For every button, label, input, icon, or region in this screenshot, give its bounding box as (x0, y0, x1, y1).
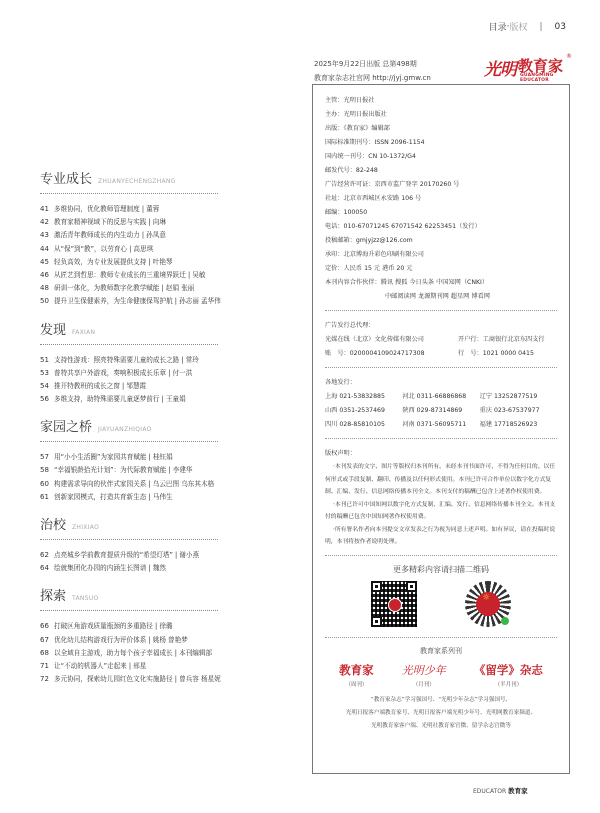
toc-page-number: 60 (40, 478, 54, 491)
registered-icon: ® (566, 53, 572, 60)
toc-title: 提升卫生保健素养，为生命健康保驾护航 | 孙志丽 孟华伟 (54, 297, 221, 305)
section-rule (40, 610, 218, 611)
table-of-contents: 专业成长ZHUANYECHENGZHANG41多维协同，优化教师管理制度 | 董… (40, 168, 280, 686)
toc-page-number: 41 (40, 203, 54, 216)
price: 定价：人民币 15 元 港币 20 元 (325, 262, 557, 276)
masthead-line: 邮编：100050 (325, 206, 557, 220)
wechat-qr-code-icon[interactable] (371, 581, 417, 627)
masthead-line: 电话：010-67071245 67071542 62253451（发行） (325, 220, 557, 234)
toc-entry[interactable]: 46从匠艺到哲思：教师专业成长的三重境界跃迁 | 吴敏 (40, 269, 280, 282)
toc-title: 构建需求导向的伙伴式家园关系 | 乌云巴图 乌东其木格 (54, 480, 214, 488)
toc-page-number: 68 (40, 647, 54, 660)
toc-page-number: 57 (40, 451, 54, 464)
section-pinyin: JIAYUANZHIQIAO (98, 426, 152, 433)
agent-bank-no: 行 号：1021 0000 0415 (458, 347, 534, 361)
header-divider: | (540, 22, 543, 32)
series-frequency: （半月刊） (474, 680, 543, 688)
toc-page-number: 67 (40, 634, 54, 647)
toc-title: 多维支持，助特殊需要儿童逐梦前行 | 王童娟 (54, 395, 186, 403)
toc-title: 激活青年教师成长的内生动力 | 孙凤意 (54, 231, 166, 239)
publication-info: 2025年9月22日出版 总第498期 教育家杂志社官网 http://jyj.… (314, 57, 431, 85)
toc-title: 优化幼儿结构游戏行为评价体系 | 姚杨 曾艳梦 (54, 636, 188, 644)
toc-title: 从“保”到“教”，以劳育心 | 高思琪 (54, 245, 153, 253)
logo-script: 光明 (484, 55, 516, 80)
toc-page-number: 48 (40, 282, 54, 295)
agent-bank: 开户行：工商银行北京东四支行 (458, 333, 545, 347)
distribution-contact: 福建 17718526923 (480, 418, 557, 432)
agent-company: 光媒在线（北京）文化传媒有限公司 (325, 333, 458, 347)
ad-agent-title: 广告发行总代理： (325, 319, 557, 333)
section-rule (40, 539, 218, 540)
toc-entry[interactable]: 67优化幼儿结构游戏行为评价体系 | 姚杨 曾艳梦 (40, 634, 280, 647)
toc-page-number: 61 (40, 491, 54, 504)
masthead-line: 国际标准期刊号：ISSN 2096-1154 (325, 136, 557, 150)
series-name: 光明少年 (402, 662, 446, 678)
toc-title: 点亮城乡学前教育提质升级的“希望灯塔” | 谢小燕 (54, 551, 199, 559)
issue-date: 2025年9月22日出版 总第498期 (314, 57, 431, 71)
page-number: 03 (555, 22, 566, 32)
section-pinyin: ZHUANYECHENGZHANG (98, 178, 176, 185)
masthead-info: 主管：光明日报社 主办：光明日报出版社 出版：《教育家》编辑部 国际标准期刊号：… (325, 94, 557, 304)
divider (325, 367, 557, 368)
submission-email: 投稿邮箱：gmjyjzz@126.com (325, 234, 557, 248)
toc-title: 支持性游戏：照亮特殊需要儿童的成长之路 | 常玲 (54, 356, 199, 364)
toc-title: 从匠艺到哲思：教师专业成长的三重境界跃迁 | 吴敏 (54, 271, 205, 279)
toc-entry[interactable]: 42教育家精神视域下的反思与实践 | 向琳 (40, 216, 280, 229)
toc-page-number: 51 (40, 354, 54, 367)
toc-page-number: 46 (40, 269, 54, 282)
distribution-contact: 山西 0351-2537469 (325, 404, 402, 418)
toc-entry[interactable]: 68以全域自主游戏，助力每个孩子幸福成长 | 本刊编辑部 (40, 647, 280, 660)
masthead-line: 邮发代号：82-248 (325, 164, 557, 178)
toc-title: 多元协同，探索幼儿园红色文化实施路径 | 曾兵容 杨星妮 (54, 675, 221, 683)
toc-section-header: 家园之桥JIAYUANZHIQIAO (40, 416, 280, 438)
distribution-row: 山西 0351-2537469 陕西 029-87314869 重庆 023-6… (325, 404, 557, 418)
toc-title: 轻负高效，为专业发展提供支持 | 叶艳琴 (54, 258, 173, 266)
toc-title: 绘就集团化办园的内涵生长图谱 | 魏然 (54, 564, 166, 572)
distribution-contact: 重庆 023-67537977 (480, 404, 557, 418)
section-rule (40, 193, 218, 194)
toc-entry[interactable]: 48研训一体化，为教师数字化教学赋能 | 赵娟 张丽 (40, 282, 280, 295)
toc-entry[interactable]: 71让“不动的机器人”走起来 | 邢星 (40, 660, 280, 673)
divider (325, 637, 557, 638)
toc-section: 探索TANSUO66打破区角游戏质量瓶颈的多重路径 | 徐璐67优化幼儿结构游戏… (40, 585, 280, 686)
distribution-contact: 陕西 029-87314869 (402, 404, 479, 418)
channel-line: 光明日报客户端教育家号、光明日报客户端光明少年号、光明网教育家频道、 (325, 707, 557, 720)
guangming-educator-logo: 光明 教育家 GUANGMING EDUCATOR ® (484, 55, 572, 79)
section-title: 治校 (40, 514, 66, 533)
toc-entry[interactable]: 54推开特教班的成长之窗 | 邹慧霞 (40, 380, 280, 393)
header-section: 目录 (489, 20, 507, 33)
series-frequency: （周刊） (339, 680, 374, 688)
masthead-line: 主办：光明日报出版社 (325, 108, 557, 122)
copyright-paragraph: ·所有署名作者向本刊提交文章发表之行为视为同意上述声明。如有异议，请在投稿时说明… (325, 524, 557, 549)
toc-title: 用“小小生活圈”为家园共育赋能 | 桂钰娟 (54, 453, 173, 461)
toc-title: 打破区角游戏质量瓶颈的多重路径 | 徐璐 (54, 622, 173, 630)
partners-line-2: 中邮阅读网 龙源期刊网 超星网 博看网 (325, 290, 557, 304)
divider (325, 438, 557, 439)
copyright-paragraph: ·本刊已许可中国知网以数字化方式复制、汇编、发行、信息网络传播本刊全文。本刊支付… (325, 499, 557, 524)
toc-section: 家园之桥JIAYUANZHIQIAO57用“小小生活圈”为家园共育赋能 | 桂钰… (40, 416, 280, 504)
toc-entry[interactable]: 72多元协同，探索幼儿园红色文化实施路径 | 曾兵容 杨星妮 (40, 673, 280, 686)
toc-entry[interactable]: 45轻负高效，为专业发展提供支持 | 叶艳琴 (40, 256, 280, 269)
masthead-line: 承印：北京博海升彩色印刷有限公司 (325, 248, 557, 262)
section-title: 探索 (40, 585, 66, 604)
toc-entry[interactable]: 56多维支持，助特殊需要儿童逐梦前行 | 王童娟 (40, 393, 280, 406)
series-item: 光明少年 （月刊） (402, 662, 446, 688)
partners: 本刊内容合作伙伴：腾讯 搜狐 今日头条 中国知网（CNKI） (325, 276, 557, 290)
series-section: 教育家系列刊 教育家 （周刊） 光明少年 （月刊） 《留学》杂志 （半月刊） “… (325, 646, 557, 733)
section-pinyin: FAXIAN (72, 329, 95, 336)
toc-page-number: 66 (40, 620, 54, 633)
section-title: 发现 (40, 319, 66, 338)
toc-entry[interactable]: 64绘就集团化办园的内涵生长图谱 | 魏然 (40, 562, 280, 575)
masthead-line: 社址：北京市西城区永安路 106 号 (325, 192, 557, 206)
section-pinyin: TANSUO (72, 595, 99, 602)
masthead-line: 主管：光明日报社 (325, 94, 557, 108)
toc-entry[interactable]: 57用“小小生活圈”为家园共育赋能 | 桂钰娟 (40, 451, 280, 464)
toc-entry[interactable]: 66打破区角游戏质量瓶颈的多重路径 | 徐璐 (40, 620, 280, 633)
channel-line: 光明教育家客户端、光明社教育家官微、留学杂志官微等 (325, 720, 557, 733)
running-header: 目录 · 版权 | 03 (489, 20, 566, 33)
toc-page-number: 56 (40, 393, 54, 406)
toc-section-header: 发现FAXIAN (40, 319, 280, 341)
distribution-contact: 上海 021-53832885 (325, 390, 402, 404)
series-item: 教育家 （周刊） (339, 662, 374, 688)
series-name: 教育家 (339, 662, 374, 678)
distribution-contact: 河北 0311-66886868 (402, 390, 479, 404)
section-pinyin: ZHIXIAO (72, 524, 99, 531)
distribution-section: 各地发行： 上海 021-53832885 河北 0311-66886868 辽… (325, 376, 557, 432)
section-title: 家园之桥 (40, 416, 92, 435)
toc-title: 以全域自主游戏，助力每个孩子幸福成长 | 本刊编辑部 (54, 649, 212, 657)
toc-page-number: 53 (40, 367, 54, 380)
toc-page-number: 64 (40, 562, 54, 575)
toc-page-number: 43 (40, 229, 54, 242)
toc-title: “幸福银龄拾光计划”：为代际教育赋能 | 李建华 (54, 466, 193, 474)
mini-program-code-icon[interactable]: ☼ (465, 581, 511, 627)
running-footer: EDUCATOR 教育家 (473, 786, 528, 795)
distribution-contact: 四川 028-85810105 (325, 418, 402, 432)
toc-entry[interactable]: 50提升卫生保健素养，为生命健康保驾护航 | 孙志丽 孟华伟 (40, 295, 280, 308)
agent-account: 账 号：0200004109024717308 (325, 347, 458, 361)
toc-title: 普特共享户外游戏，奏响积极成长乐章 | 付一洪 (54, 369, 192, 377)
qr-section: 更多精彩内容请扫描二维码 ☼ (325, 564, 557, 631)
channels-list: “教育家杂志”学习强国号、“光明少年杂志”学习强国号、 光明日报客户端教育家号、… (325, 694, 557, 733)
toc-page-number: 72 (40, 673, 54, 686)
toc-section-header: 治校ZHIXIAO (40, 514, 280, 536)
distribution-contact: 辽宁 13252877519 (480, 390, 557, 404)
ad-agent-section: 广告发行总代理： 光媒在线（北京）文化传媒有限公司 开户行：工商银行北京东四支行… (325, 319, 557, 361)
divider (325, 555, 557, 556)
toc-entry[interactable]: 58“幸福银龄拾光计划”：为代际教育赋能 | 李建华 (40, 464, 280, 477)
toc-title: 让“不动的机器人”走起来 | 邢星 (54, 662, 146, 670)
toc-entry[interactable]: 61创新家园模式，打造共育新生态 | 马伟生 (40, 491, 280, 504)
footer-en: EDUCATOR (473, 788, 506, 795)
toc-section-header: 探索TANSUO (40, 585, 280, 607)
toc-entry[interactable]: 43激活青年教师成长的内生动力 | 孙凤意 (40, 229, 280, 242)
toc-entry[interactable]: 53普特共享户外游戏，奏响积极成长乐章 | 付一洪 (40, 367, 280, 380)
toc-page-number: 50 (40, 295, 54, 308)
series-item: 《留学》杂志 （半月刊） (474, 662, 543, 688)
channel-line: “教育家杂志”学习强国号、“光明少年杂志”学习强国号、 (325, 694, 557, 707)
series-frequency: （月刊） (402, 680, 446, 688)
copyright-title: 版权声明： (325, 447, 557, 461)
toc-page-number: 71 (40, 660, 54, 673)
toc-section: 治校ZHIXIAO62点亮城乡学前教育提质升级的“希望灯塔” | 谢小燕64绘就… (40, 514, 280, 575)
toc-page-number: 45 (40, 256, 54, 269)
toc-entry[interactable]: 41多维协同，优化教师管理制度 | 董蓉 (40, 203, 280, 216)
toc-entry[interactable]: 44从“保”到“教”，以劳育心 | 高思琪 (40, 243, 280, 256)
logo-english: GUANGMING EDUCATOR (520, 73, 572, 83)
toc-entry[interactable]: 60构建需求导向的伙伴式家园关系 | 乌云巴图 乌东其木格 (40, 478, 280, 491)
toc-section-header: 专业成长ZHUANYECHENGZHANG (40, 168, 280, 190)
toc-entry[interactable]: 62点亮城乡学前教育提质升级的“希望灯塔” | 谢小燕 (40, 549, 280, 562)
section-rule (40, 344, 218, 345)
toc-section: 专业成长ZHUANYECHENGZHANG41多维协同，优化教师管理制度 | 董… (40, 168, 280, 309)
toc-title: 研训一体化，为教师数字化教学赋能 | 赵娟 张丽 (54, 284, 194, 292)
header-subsection: 版权 (509, 20, 527, 33)
toc-page-number: 44 (40, 243, 54, 256)
divider (325, 310, 557, 311)
qr-title: 更多精彩内容请扫描二维码 (325, 564, 557, 575)
masthead-line: 出版：《教育家》编辑部 (325, 122, 557, 136)
section-rule (40, 441, 218, 442)
copyright-paragraph: ·本刊发表的文字、图片等版权归本刊所有。未经本刊书面许可，不得为任何目的、以任何… (325, 461, 557, 499)
toc-entry[interactable]: 51支持性游戏：照亮特殊需要儿童的成长之路 | 常玲 (40, 354, 280, 367)
masthead-line: 广告经营许可证：京西市监广登字 20170260 号 (325, 178, 557, 192)
distribution-row: 四川 028-85810105 河南 0371-56095711 福建 1771… (325, 418, 557, 432)
toc-page-number: 42 (40, 216, 54, 229)
toc-title: 教育家精神视域下的反思与实践 | 向琳 (54, 218, 166, 226)
toc-page-number: 62 (40, 549, 54, 562)
toc-page-number: 58 (40, 464, 54, 477)
toc-section: 发现FAXIAN51支持性游戏：照亮特殊需要儿童的成长之路 | 常玲53普特共享… (40, 319, 280, 407)
toc-title: 多维协同，优化教师管理制度 | 董蓉 (54, 205, 159, 213)
toc-page-number: 54 (40, 380, 54, 393)
masthead-line: 国内统一刊号：CN 10-1372/G4 (325, 150, 557, 164)
series-title: 教育家系列刊 (325, 646, 557, 656)
toc-title: 推开特教班的成长之窗 | 邹慧霞 (54, 382, 146, 390)
series-name: 《留学》杂志 (474, 662, 543, 678)
masthead-box: 主管：光明日报社 主办：光明日报出版社 出版：《教育家》编辑部 国际标准期刊号：… (312, 84, 570, 774)
distribution-title: 各地发行： (325, 376, 557, 390)
toc-title: 创新家园模式，打造共育新生态 | 马伟生 (54, 493, 173, 501)
copyright-section: 版权声明： ·本刊发表的文字、图片等版权归本刊所有。未经本刊书面许可，不得为任何… (325, 447, 557, 549)
distribution-contact: 河南 0371-56095711 (402, 418, 479, 432)
footer-cn: 教育家 (508, 787, 528, 795)
official-website: 教育家杂志社官网 http://jyj.gmw.cn (314, 71, 431, 85)
distribution-row: 上海 021-53832885 河北 0311-66886868 辽宁 1325… (325, 390, 557, 404)
section-title: 专业成长 (40, 168, 92, 187)
